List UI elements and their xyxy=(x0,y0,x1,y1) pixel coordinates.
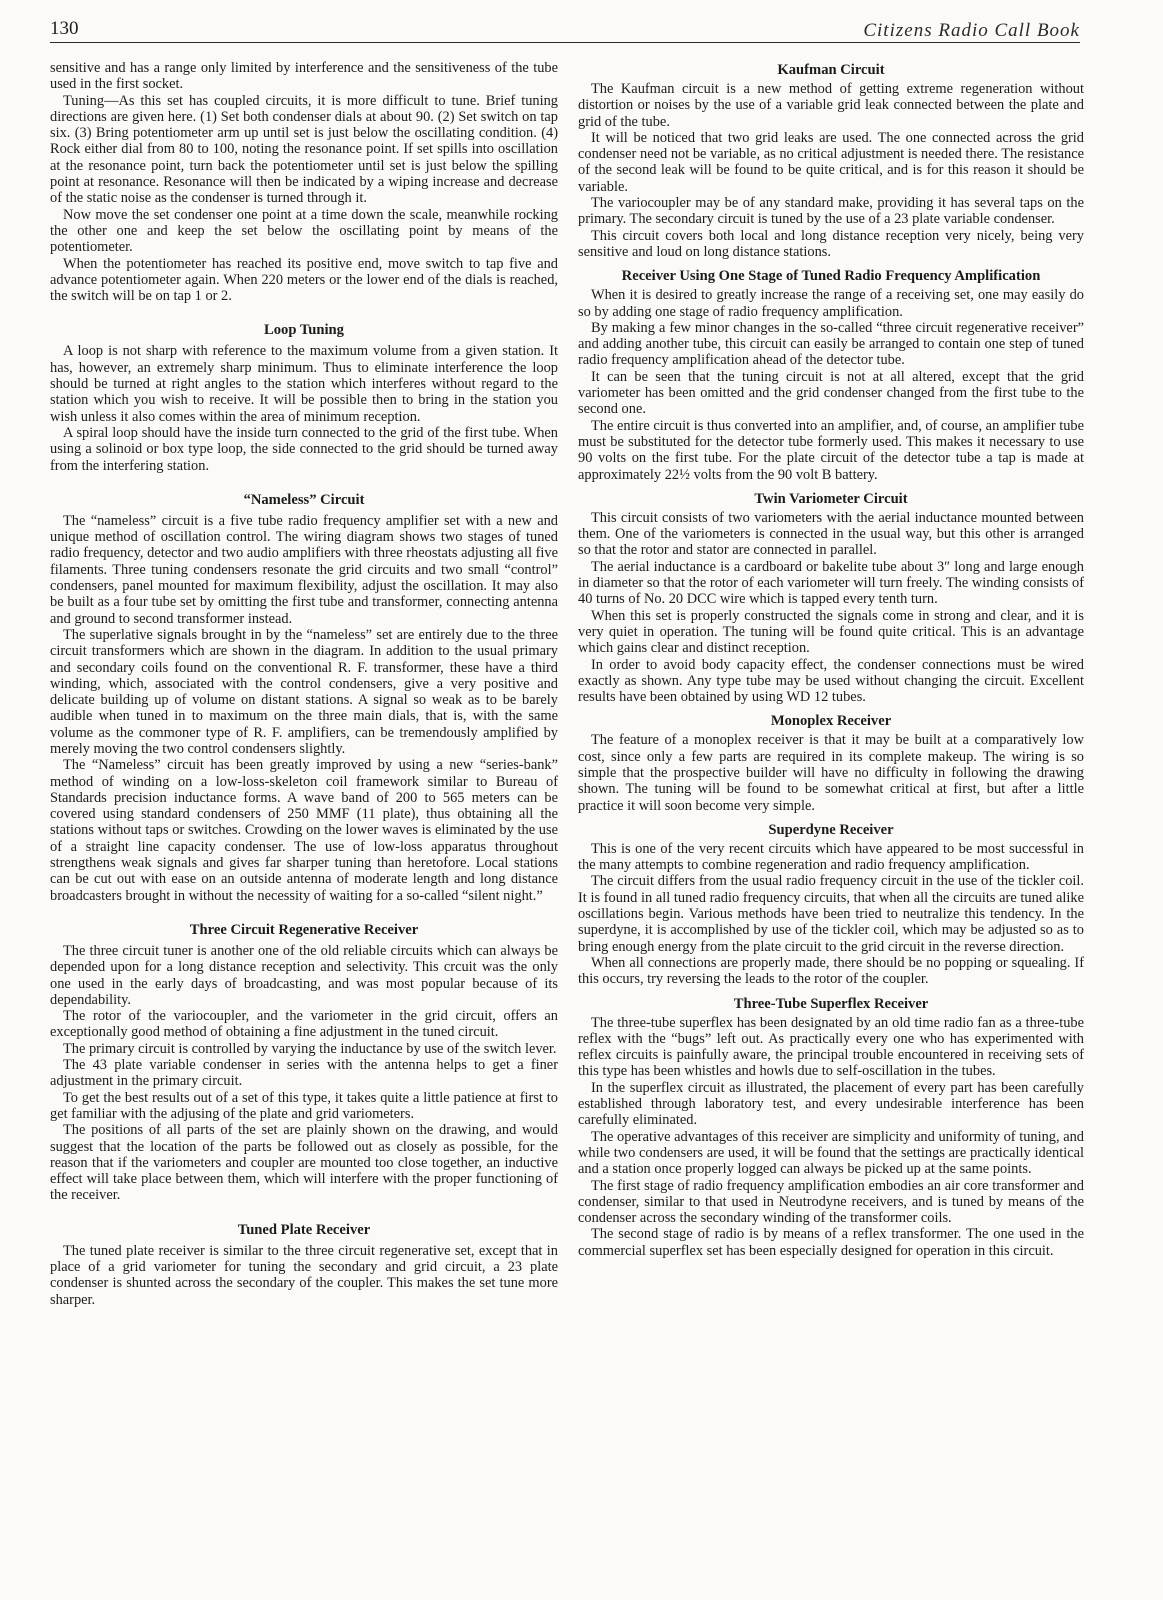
paragraph: When this set is properly constructed th… xyxy=(578,608,1084,657)
section-tuned-plate-receiver: Tuned Plate Receiver The tuned plate rec… xyxy=(50,1222,558,1308)
paragraph: A spiral loop should have the inside tur… xyxy=(50,425,558,474)
paragraph: The three-tube superflex has been design… xyxy=(578,1015,1084,1080)
section-three-circuit-regenerative: Three Circuit Regenerative Receiver The … xyxy=(50,922,558,1204)
paragraph: Now move the set condenser one point at … xyxy=(50,207,558,256)
section-monoplex-receiver: Monoplex Receiver The feature of a monop… xyxy=(578,713,1084,813)
paragraph: The positions of all parts of the set ar… xyxy=(50,1122,558,1203)
page-number: 130 xyxy=(50,18,79,40)
paragraph: This circuit covers both local and long … xyxy=(578,228,1084,261)
section-heading: Three Circuit Regenerative Receiver xyxy=(50,922,558,939)
intro-continuation: sensitive and has a range only limited b… xyxy=(50,60,558,304)
section-heading: Tuned Plate Receiver xyxy=(50,1222,558,1239)
header-rule xyxy=(50,42,1080,43)
paragraph: When it is desired to greatly increase t… xyxy=(578,287,1084,320)
section-heading: “Nameless” Circuit xyxy=(50,492,558,509)
paragraph: The entire circuit is thus converted int… xyxy=(578,418,1084,483)
section-heading: Kaufman Circuit xyxy=(578,62,1084,79)
section-twin-variometer: Twin Variometer Circuit This circuit con… xyxy=(578,491,1084,706)
paragraph: In order to avoid body capacity effect, … xyxy=(578,657,1084,706)
paragraph: The superlative signals brought in by th… xyxy=(50,627,558,757)
paragraph: To get the best results out of a set of … xyxy=(50,1090,558,1123)
paragraph: The “nameless” circuit is a five tube ra… xyxy=(50,513,558,627)
section-heading: Receiver Using One Stage of Tuned Radio … xyxy=(578,268,1084,285)
paragraph: A loop is not sharp with reference to th… xyxy=(50,343,558,424)
section-nameless-circuit: “Nameless” Circuit The “nameless” circui… xyxy=(50,492,558,904)
paragraph: The first stage of radio frequency ampli… xyxy=(578,1178,1084,1227)
paragraph: It will be noticed that two grid leaks a… xyxy=(578,130,1084,195)
paragraph: This circuit consists of two variometers… xyxy=(578,510,1084,559)
paragraph: The rotor of the variocoupler, and the v… xyxy=(50,1008,558,1041)
paragraph: When all connections are properly made, … xyxy=(578,955,1084,988)
paragraph: The primary circuit is controlled by var… xyxy=(50,1041,558,1057)
page-header: 130 Citizens Radio Call Book xyxy=(50,18,1080,44)
paragraph: It can be seen that the tuning circuit i… xyxy=(578,369,1084,418)
section-loop-tuning: Loop Tuning A loop is not sharp with ref… xyxy=(50,322,558,473)
paragraph: The 43 plate variable condenser in serie… xyxy=(50,1057,558,1090)
paragraph: This is one of the very recent circuits … xyxy=(578,841,1084,874)
section-heading: Loop Tuning xyxy=(50,322,558,339)
paragraph: The second stage of radio is by means of… xyxy=(578,1226,1084,1259)
left-column: sensitive and has a range only limited b… xyxy=(50,60,558,1308)
paragraph: The circuit differs from the usual radio… xyxy=(578,873,1084,954)
paragraph: The “Nameless” circuit has been greatly … xyxy=(50,757,558,904)
section-kaufman-circuit: Kaufman Circuit The Kaufman circuit is a… xyxy=(578,62,1084,260)
right-column: Kaufman Circuit The Kaufman circuit is a… xyxy=(578,62,1084,1259)
paragraph: sensitive and has a range only limited b… xyxy=(50,60,558,93)
paragraph: The Kaufman circuit is a new method of g… xyxy=(578,81,1084,130)
section-three-tube-superflex: Three-Tube Superflex Receiver The three-… xyxy=(578,996,1084,1259)
paragraph: When the potentiometer has reached its p… xyxy=(50,256,558,305)
section-heading: Twin Variometer Circuit xyxy=(578,491,1084,508)
section-heading: Three-Tube Superflex Receiver xyxy=(578,996,1084,1013)
paragraph: The variocoupler may be of any standard … xyxy=(578,195,1084,228)
running-title: Citizens Radio Call Book xyxy=(863,20,1080,42)
section-heading: Superdyne Receiver xyxy=(578,822,1084,839)
paragraph: By making a few minor changes in the so-… xyxy=(578,320,1084,369)
paragraph: The operative advantages of this receive… xyxy=(578,1129,1084,1178)
section-one-stage-trf: Receiver Using One Stage of Tuned Radio … xyxy=(578,268,1084,483)
paragraph: The three circuit tuner is another one o… xyxy=(50,943,558,1008)
paragraph: The tuned plate receiver is similar to t… xyxy=(50,1243,558,1308)
section-heading: Monoplex Receiver xyxy=(578,713,1084,730)
section-superdyne-receiver: Superdyne Receiver This is one of the ve… xyxy=(578,822,1084,988)
paragraph: The aerial inductance is a cardboard or … xyxy=(578,559,1084,608)
paragraph: In the superflex circuit as illustrated,… xyxy=(578,1080,1084,1129)
paragraph: Tuning—As this set has coupled circuits,… xyxy=(50,93,558,207)
paragraph: The feature of a monoplex receiver is th… xyxy=(578,732,1084,813)
